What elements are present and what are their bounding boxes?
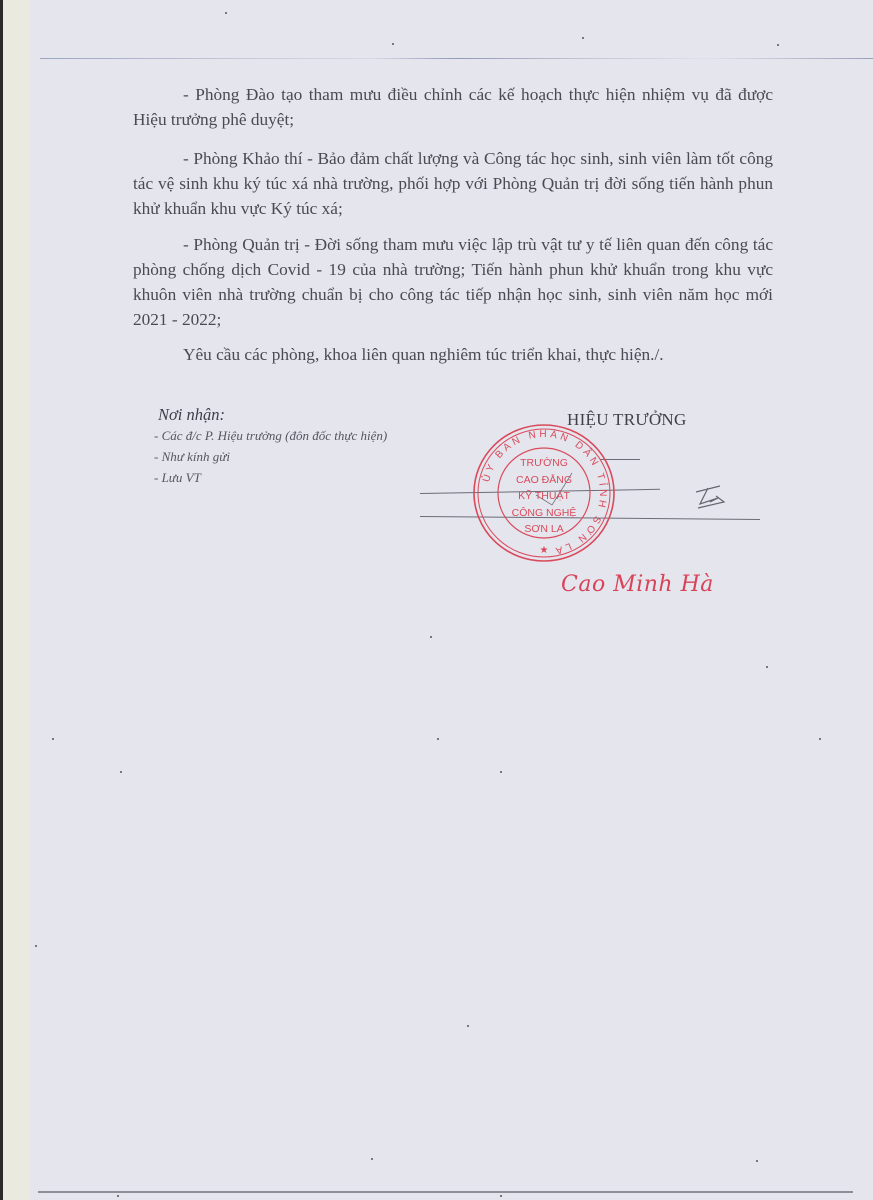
speck <box>582 37 584 39</box>
top-rule <box>40 58 873 59</box>
speck <box>392 43 394 45</box>
speck <box>120 771 122 773</box>
scan-edge-margin <box>3 0 30 1200</box>
speck <box>52 738 54 740</box>
speck <box>467 1025 469 1027</box>
speck <box>430 636 432 638</box>
handwritten-signature-icon <box>690 482 730 512</box>
recipient-item: - Lưu VT <box>154 467 387 488</box>
speck <box>500 1195 502 1197</box>
speck <box>766 666 768 668</box>
official-stamp: ỦY BAN NHÂN DÂN TỈNH SƠN LA ★ TRƯỜNG CAO… <box>472 423 616 563</box>
paragraph-closing-request: Yêu cầu các phòng, khoa liên quan nghiêm… <box>133 342 773 367</box>
stamp-inner-text: TRƯỜNG CAO ĐẲNG KỸ THUẬT CÔNG NGHỆ SƠN L… <box>472 455 616 538</box>
recipients-title: Nơi nhận: <box>158 405 387 425</box>
speck <box>819 738 821 740</box>
speck <box>500 771 502 773</box>
paragraph-training-office: - Phòng Đào tạo tham mưu điều chỉnh các … <box>133 82 773 132</box>
speck <box>35 945 37 947</box>
recipient-item: - Như kính gửi <box>154 446 387 467</box>
paragraph-exam-quality-office: - Phòng Khảo thí - Bảo đảm chất lượng và… <box>133 146 773 221</box>
speck <box>777 44 779 46</box>
signer-name: Cao Minh Hà <box>561 572 714 597</box>
recipients-block: Nơi nhận: - Các đ/c P. Hiệu trưởng (đôn … <box>158 405 387 488</box>
speck <box>371 1158 373 1160</box>
paragraph-administration-office: - Phòng Quản trị - Đời sống tham mưu việ… <box>133 232 773 332</box>
recipient-item: - Các đ/c P. Hiệu trưởng (đôn đốc thực h… <box>154 425 387 446</box>
speck <box>225 12 227 14</box>
svg-text:★: ★ <box>540 545 549 556</box>
speck <box>437 738 439 740</box>
bottom-rule <box>38 1191 853 1193</box>
speck <box>117 1195 119 1197</box>
speck <box>756 1160 758 1162</box>
